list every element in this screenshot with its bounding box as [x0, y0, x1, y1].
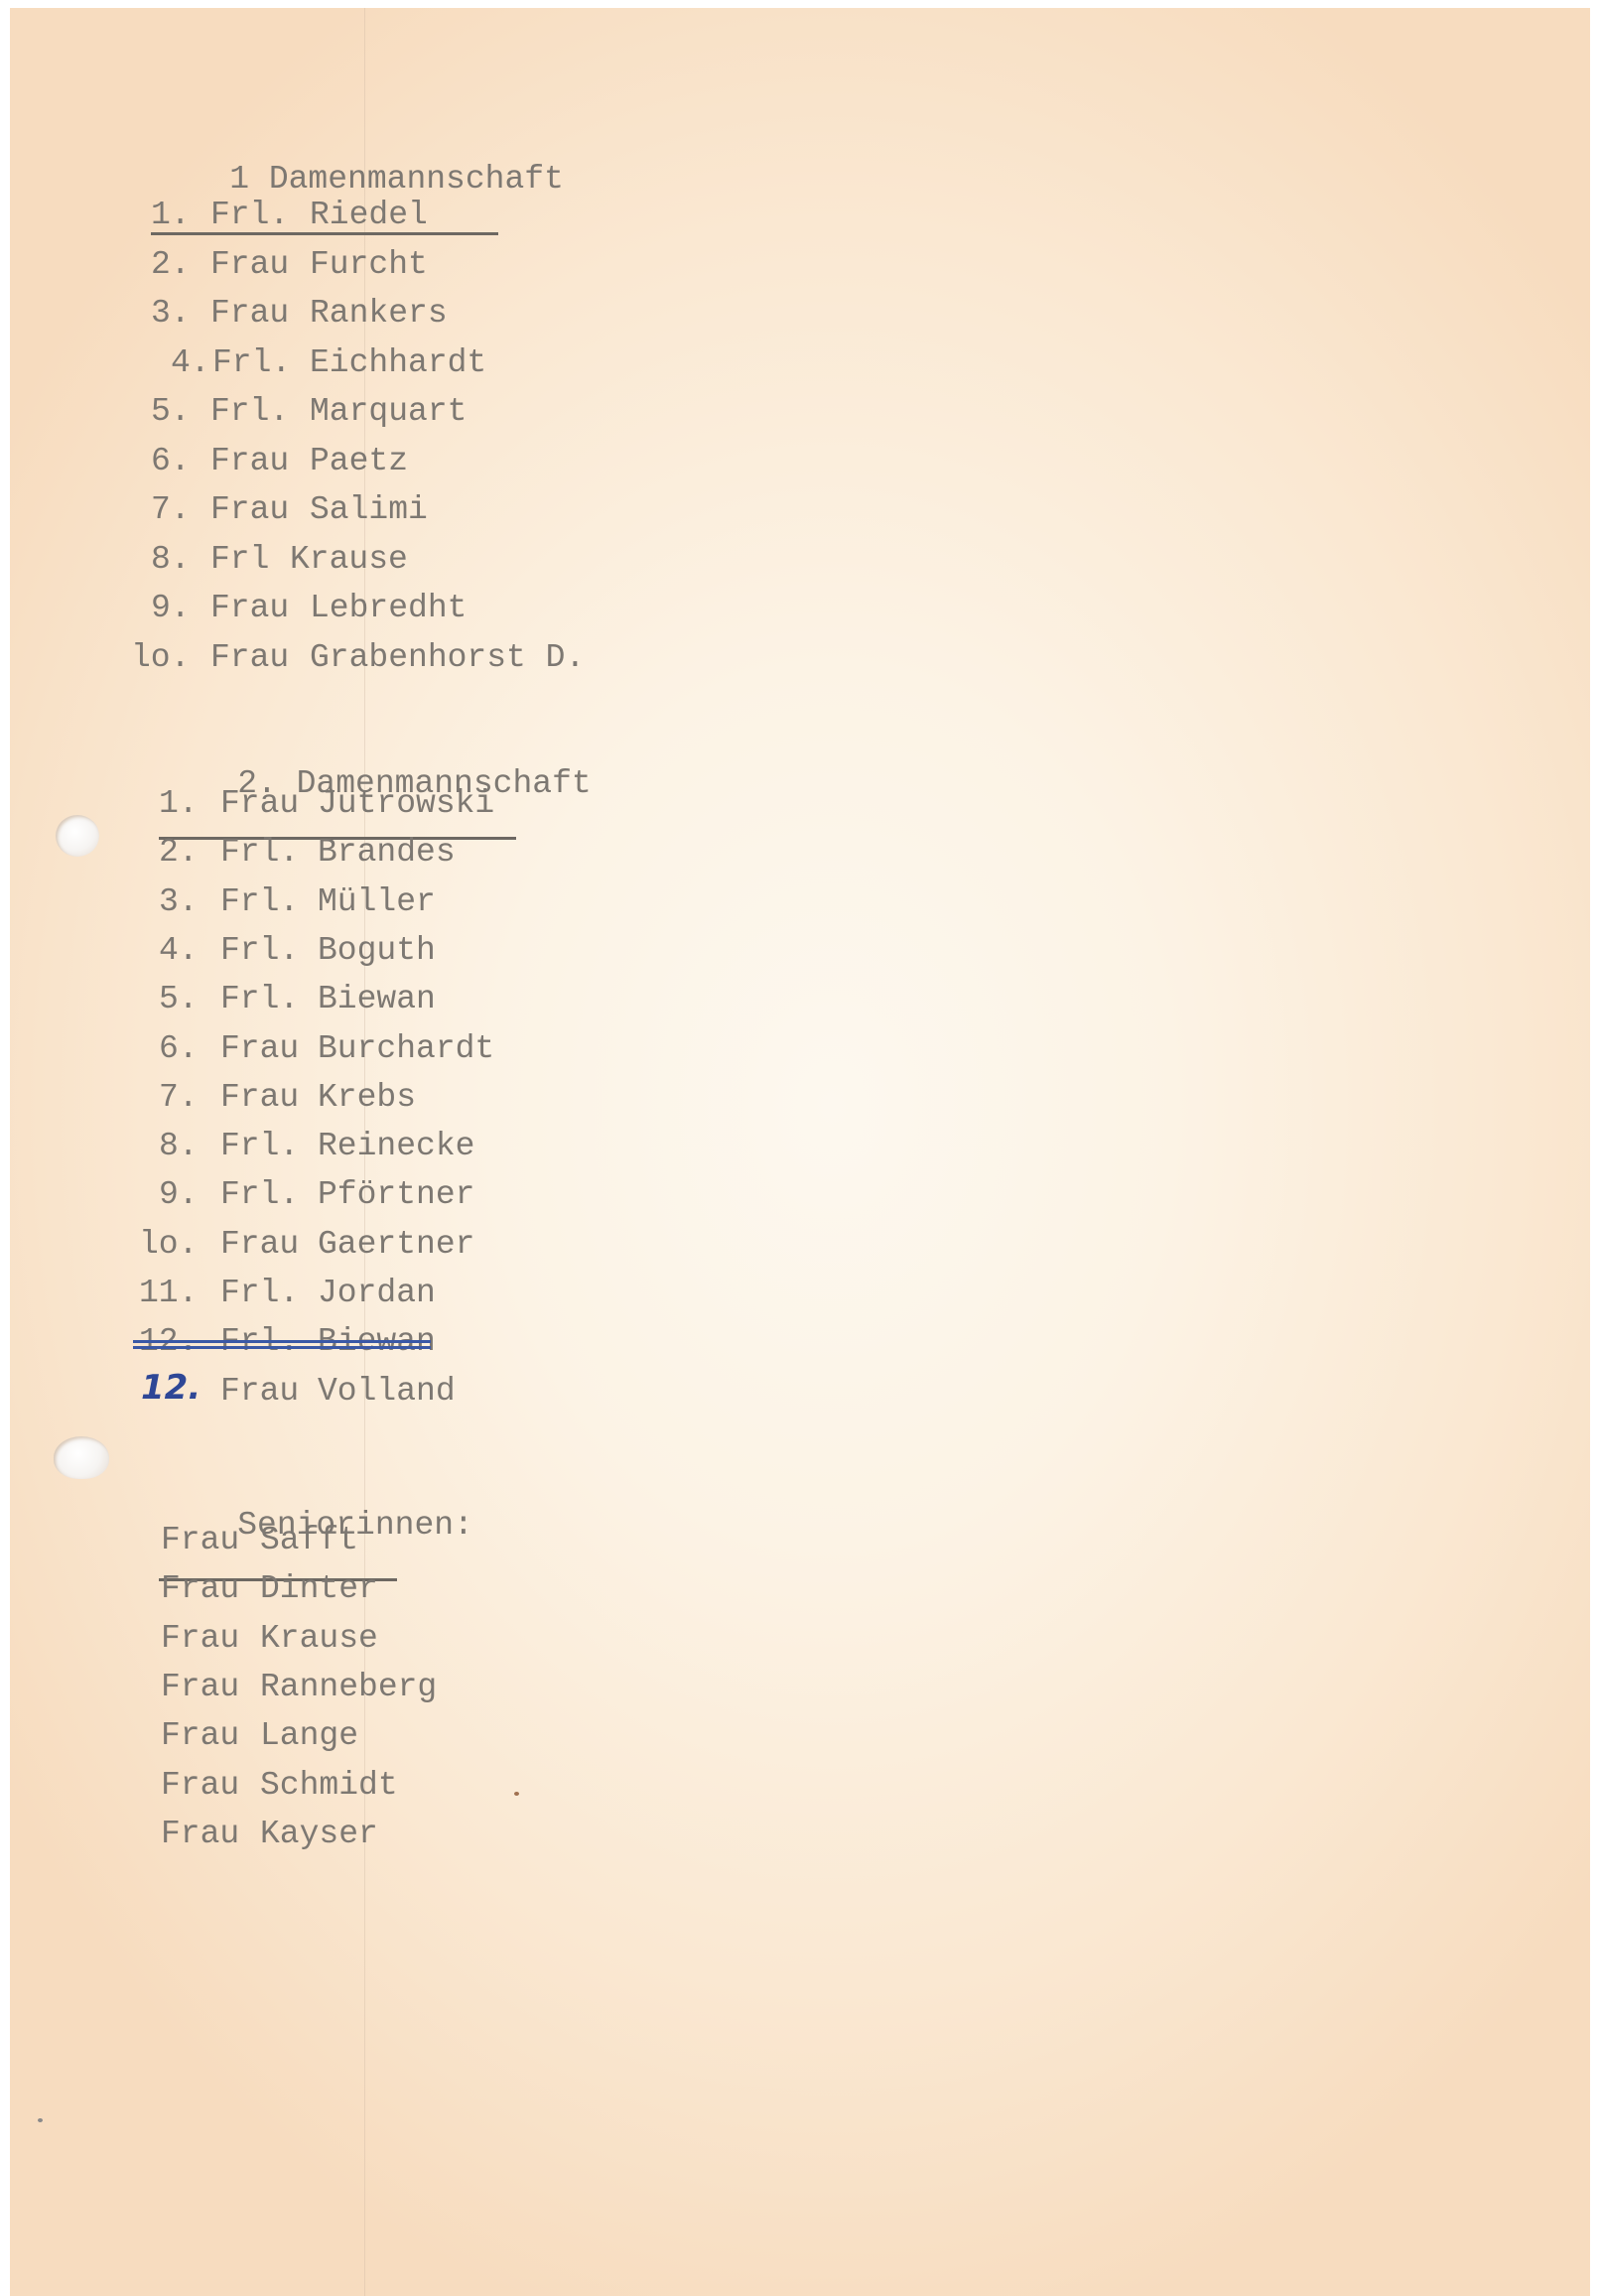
- item-number: 7.: [159, 1081, 199, 1114]
- item-title: Frl.: [220, 1178, 299, 1211]
- item-number: 7.: [151, 493, 191, 526]
- item-name: Paetz: [310, 445, 408, 477]
- item-title: Frau: [161, 1524, 239, 1556]
- punch-hole: [56, 815, 99, 857]
- item-name: Schmidt: [260, 1769, 398, 1802]
- item-title: Frl.: [220, 934, 299, 967]
- item-name: Krause: [260, 1622, 378, 1655]
- item-title: Frau: [210, 297, 289, 330]
- item-name: Biewan: [318, 983, 436, 1015]
- item-number: 5.: [159, 983, 199, 1015]
- item-title: Frl.: [220, 983, 299, 1015]
- item-number: 8.: [151, 543, 191, 576]
- item-name: Krebs: [318, 1081, 416, 1114]
- item-number: 11.: [139, 1277, 198, 1309]
- item-title: Frau: [161, 1769, 239, 1802]
- strike-line: [133, 1340, 431, 1343]
- item-title: Frau: [210, 248, 289, 281]
- item-title: Frau: [210, 493, 289, 526]
- item-number: 3.: [159, 885, 199, 918]
- item-title: Frl.: [220, 836, 299, 869]
- item-number: lo.: [131, 641, 190, 674]
- paper-speck: [514, 1792, 519, 1796]
- item-name: Jutrowski: [318, 787, 494, 820]
- item-name: Volland: [318, 1375, 456, 1408]
- item-name: Furcht: [310, 248, 428, 281]
- item-title: Frl.: [220, 885, 299, 918]
- item-title: Frau: [161, 1622, 239, 1655]
- item-name: Safft: [260, 1524, 358, 1556]
- item-name: Lange: [260, 1719, 358, 1752]
- paper-speck: [38, 2118, 43, 2122]
- section-3: Seniorinnen:: [0, 0, 40, 66]
- item-name: Jordan: [318, 1277, 436, 1309]
- item-name: Gaertner: [318, 1228, 474, 1261]
- item-number: 9.: [159, 1178, 199, 1211]
- item-name: Burchardt: [318, 1032, 494, 1065]
- item-number: lo.: [139, 1228, 198, 1261]
- item-name: Brandes: [318, 836, 456, 869]
- item-name: Grabenhorst D.: [310, 641, 585, 674]
- item-name: Ranneberg: [260, 1671, 437, 1703]
- item-number: 9.: [151, 592, 191, 624]
- item-number: 1.: [151, 199, 191, 231]
- item-number: 5.: [151, 395, 191, 428]
- item-name: Pförtner: [318, 1178, 474, 1211]
- item-title: Frau: [161, 1818, 239, 1850]
- item-name: Krause: [290, 543, 408, 576]
- item-title: Frau: [220, 787, 299, 820]
- item-name: Boguth: [318, 934, 436, 967]
- item-title: Frl.: [212, 346, 291, 379]
- item-number: 2.: [151, 248, 191, 281]
- item-name: Marquart: [310, 395, 467, 428]
- item-name: Eichhardt: [310, 346, 486, 379]
- item-name: Dinter: [260, 1572, 378, 1605]
- strike-line: [133, 1346, 431, 1349]
- item-title: Frl.: [220, 1130, 299, 1162]
- item-title: Frau: [161, 1719, 239, 1752]
- item-title: Frau: [210, 641, 289, 674]
- item-title: Frl.: [210, 199, 289, 231]
- item-name: Lebredht: [310, 592, 467, 624]
- item-number: 8.: [159, 1130, 199, 1162]
- item-title: Frau: [161, 1572, 239, 1605]
- item-title: Frau: [220, 1081, 299, 1114]
- item-title: Frau: [210, 445, 289, 477]
- item-title: Frau: [161, 1671, 239, 1703]
- item-title: Frau: [220, 1228, 299, 1261]
- item-number: 4.: [171, 346, 210, 379]
- item-name: Kayser: [260, 1818, 378, 1850]
- item-title: Frl: [210, 543, 269, 576]
- punch-hole: [54, 1436, 109, 1479]
- item-number: 4.: [159, 934, 199, 967]
- item-number: 6.: [159, 1032, 199, 1065]
- item-number: 1.: [159, 787, 199, 820]
- item-name: Riedel: [310, 199, 428, 231]
- item-name: Rankers: [310, 297, 448, 330]
- handwritten-number: 12.: [141, 1371, 200, 1405]
- item-title: Frl.: [210, 395, 289, 428]
- item-number: 3.: [151, 297, 191, 330]
- item-title: Frau: [220, 1375, 299, 1408]
- item-number: 2.: [159, 836, 199, 869]
- item-title: Frau: [210, 592, 289, 624]
- item-number: 6.: [151, 445, 191, 477]
- item-name: Müller: [318, 885, 436, 918]
- item-name: Reinecke: [318, 1130, 474, 1162]
- item-title: Frl.: [220, 1277, 299, 1309]
- item-title: Frau: [220, 1032, 299, 1065]
- item-name: Salimi: [310, 493, 428, 526]
